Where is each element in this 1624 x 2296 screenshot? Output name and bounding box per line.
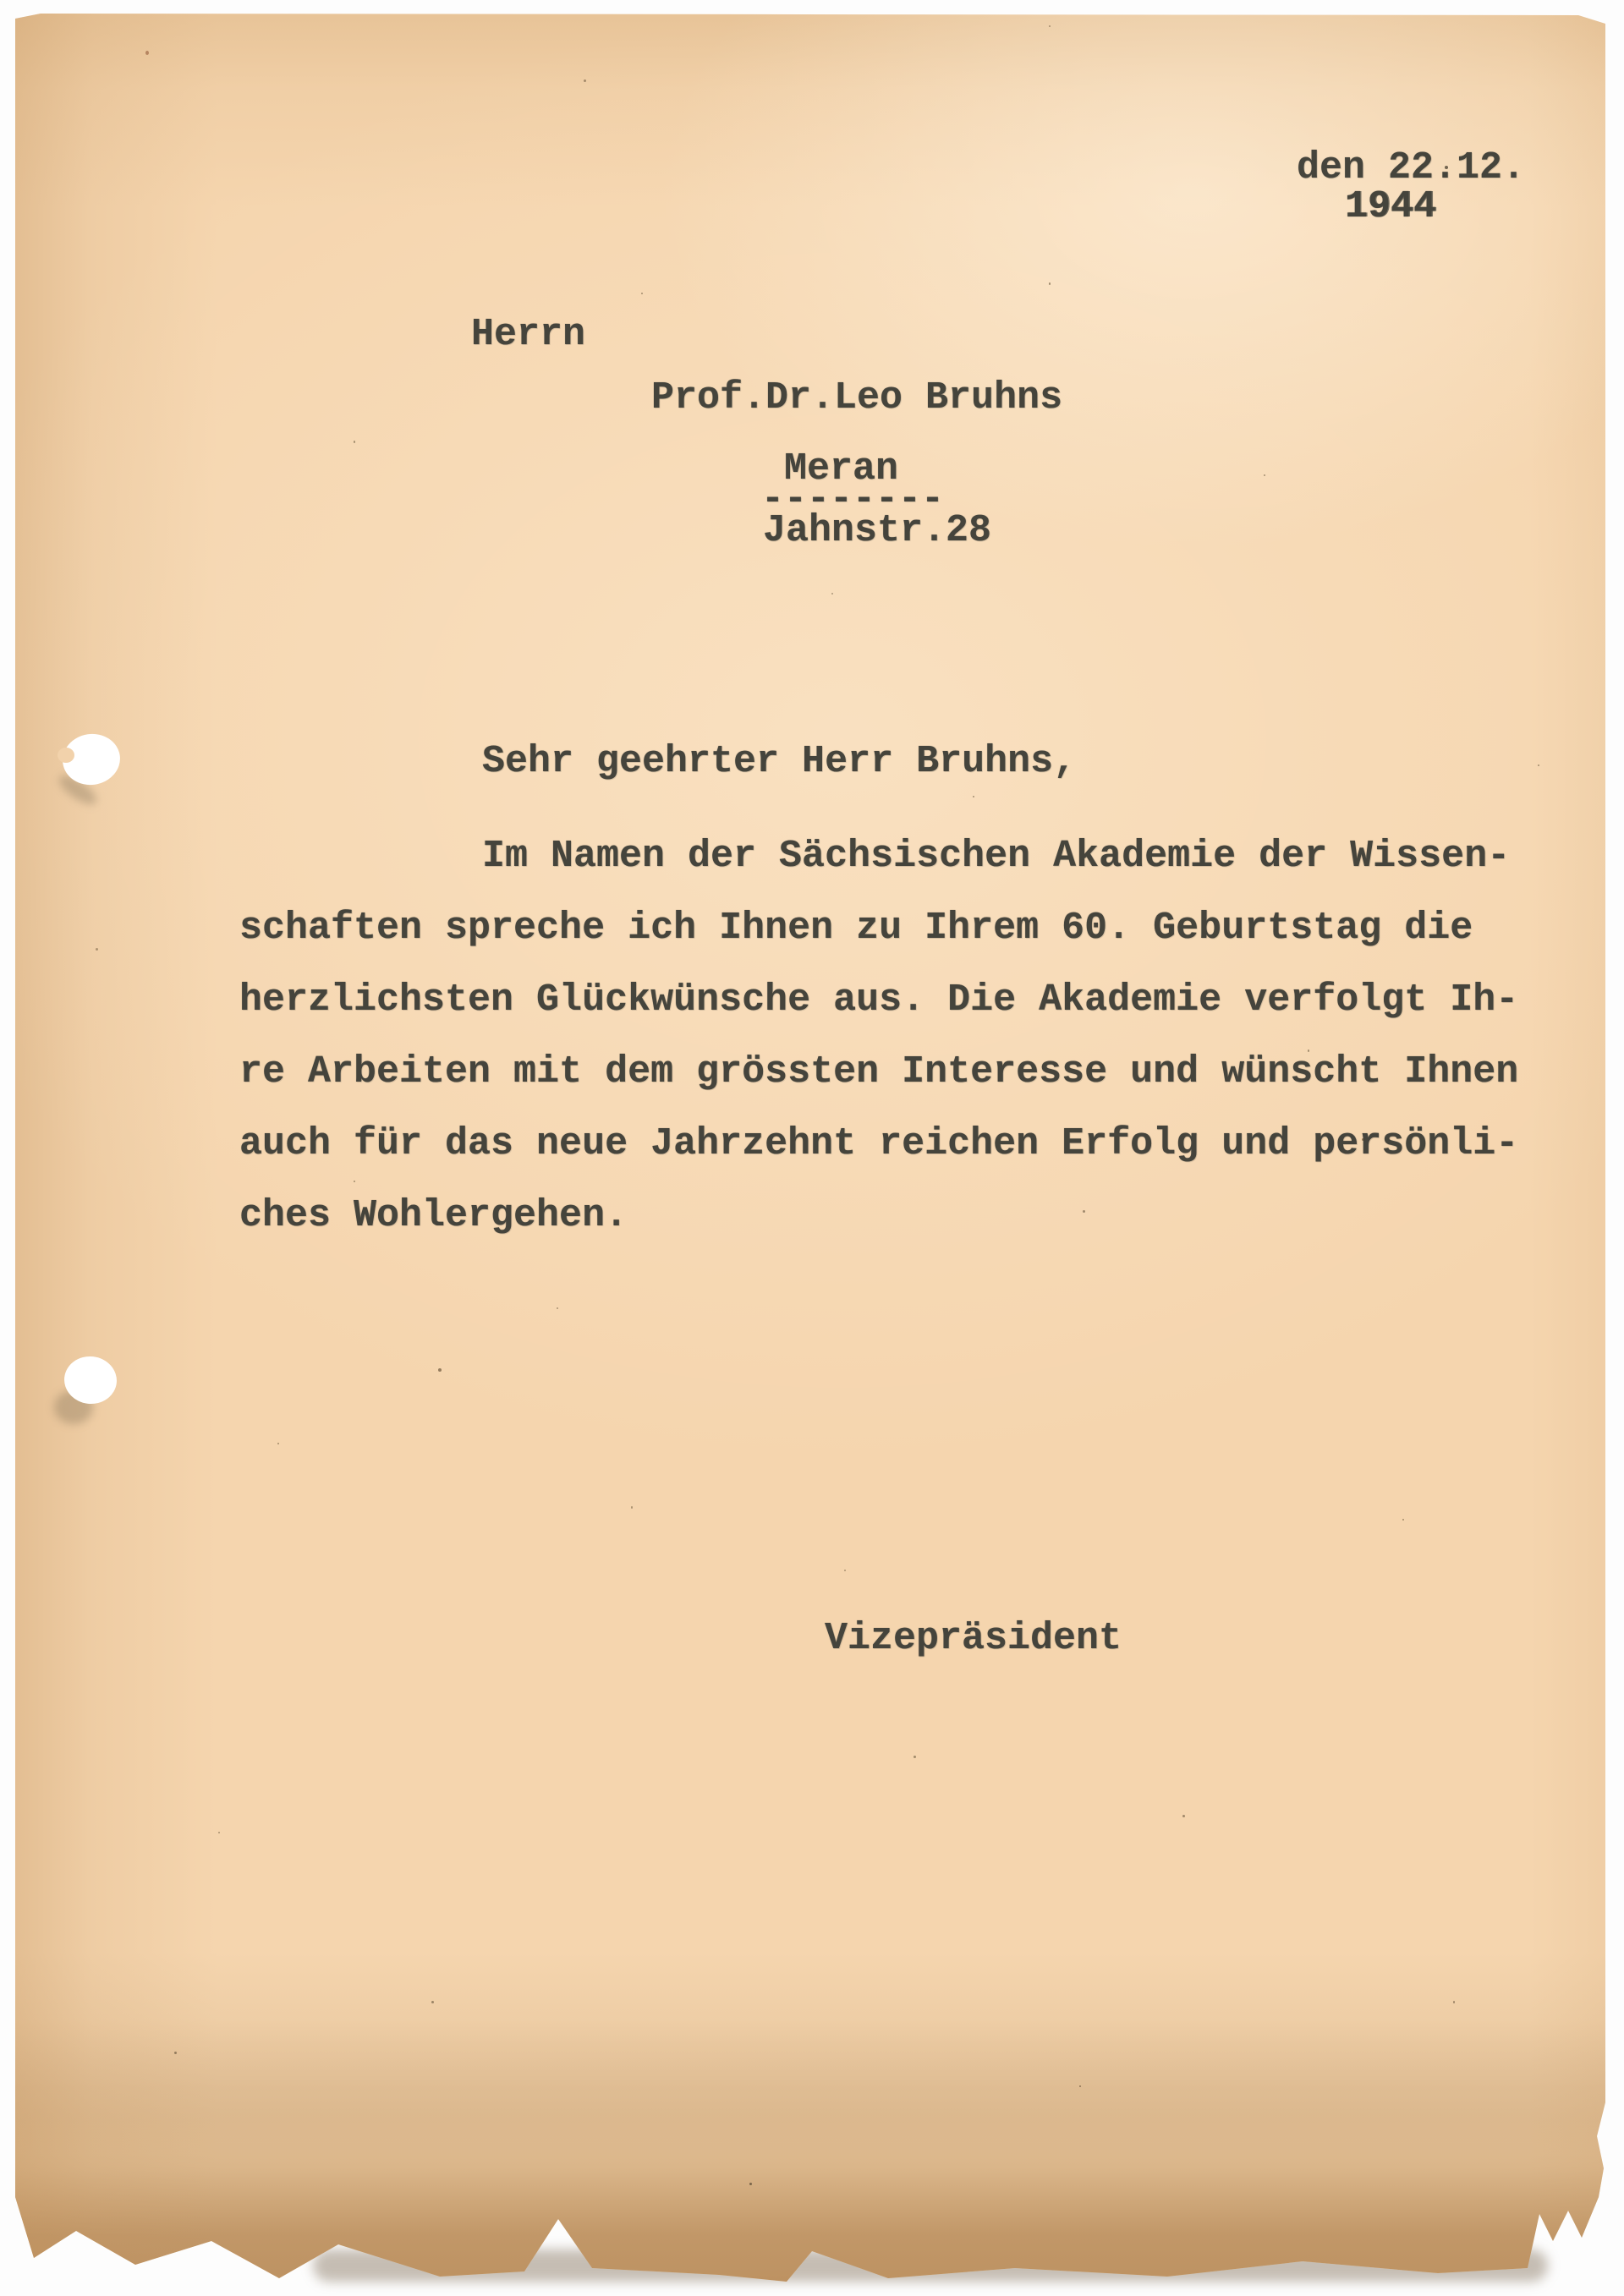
paper-speck [584, 79, 586, 82]
body-line: auch für das neue Jahrzehnt reichen Erfo… [239, 1125, 1518, 1164]
paper-speck [641, 293, 643, 294]
paper-speck [354, 441, 355, 443]
paper-speck [277, 1443, 279, 1444]
paper-speck [844, 1570, 846, 1571]
paper-speck [1049, 25, 1051, 27]
paper-speck [1182, 1815, 1185, 1817]
recipient-street: Jahnstr.28 [763, 512, 991, 551]
paper-speck [749, 2183, 752, 2185]
date-line-2: 1944 [1345, 188, 1436, 227]
recipient-name: Prof.Dr.Leo Bruhns [651, 379, 1062, 418]
paper-speck [913, 1756, 916, 1758]
body-line: re Arbeiten mit dem grössten Interesse u… [239, 1053, 1518, 1092]
paper-speck [431, 2001, 434, 2003]
paper-speck [1402, 1519, 1404, 1521]
paper-speck [973, 796, 974, 797]
date-line-1: den 22.12. [1297, 149, 1525, 188]
paper-speck [631, 1506, 633, 1509]
paper-speck [1308, 1049, 1309, 1052]
paper-speck [438, 1368, 442, 1372]
paper-speck [174, 2052, 177, 2054]
body-line: ches Wohlergehen. [239, 1197, 628, 1236]
paper-speck [1362, 1138, 1364, 1141]
scanned-letter-screenshot: { "letter": { "date": { "line1": "den 22… [0, 0, 1624, 2296]
scan-background: den 22.12. 1944 Herrn Prof.Dr.Leo Bruhns… [0, 0, 1624, 2296]
paper-speck [96, 948, 98, 951]
paper-speck [218, 1832, 220, 1833]
greeting-line: Sehr geehrter Herr Bruhns, [482, 743, 1076, 781]
paper-speck [1264, 474, 1265, 476]
paper-speck [1538, 764, 1539, 766]
recipient-title: Herrn [471, 315, 585, 354]
paper-speck [1083, 1210, 1085, 1213]
body-line: schaften spreche ich Ihnen zu Ihrem 60. … [239, 909, 1473, 948]
paper-speck [831, 593, 833, 595]
paper-speck [557, 1307, 558, 1309]
paper-speck [354, 1181, 355, 1182]
paper-speck [1445, 166, 1448, 169]
paper-speck [1049, 282, 1051, 285]
letter-page: den 22.12. 1944 Herrn Prof.Dr.Leo Bruhns… [15, 14, 1605, 2282]
hole-punch-top-bite [58, 748, 74, 763]
signature-title: Vizepräsident [825, 1619, 1122, 1658]
paper-speck [1079, 2085, 1081, 2087]
paper-speck [145, 51, 149, 55]
body-line: Im Namen der Sächsischen Akademie der Wi… [482, 837, 1510, 876]
body-line: herzlichsten Glückwünsche aus. Die Akade… [239, 981, 1518, 1020]
paper-speck [1453, 2001, 1455, 2003]
